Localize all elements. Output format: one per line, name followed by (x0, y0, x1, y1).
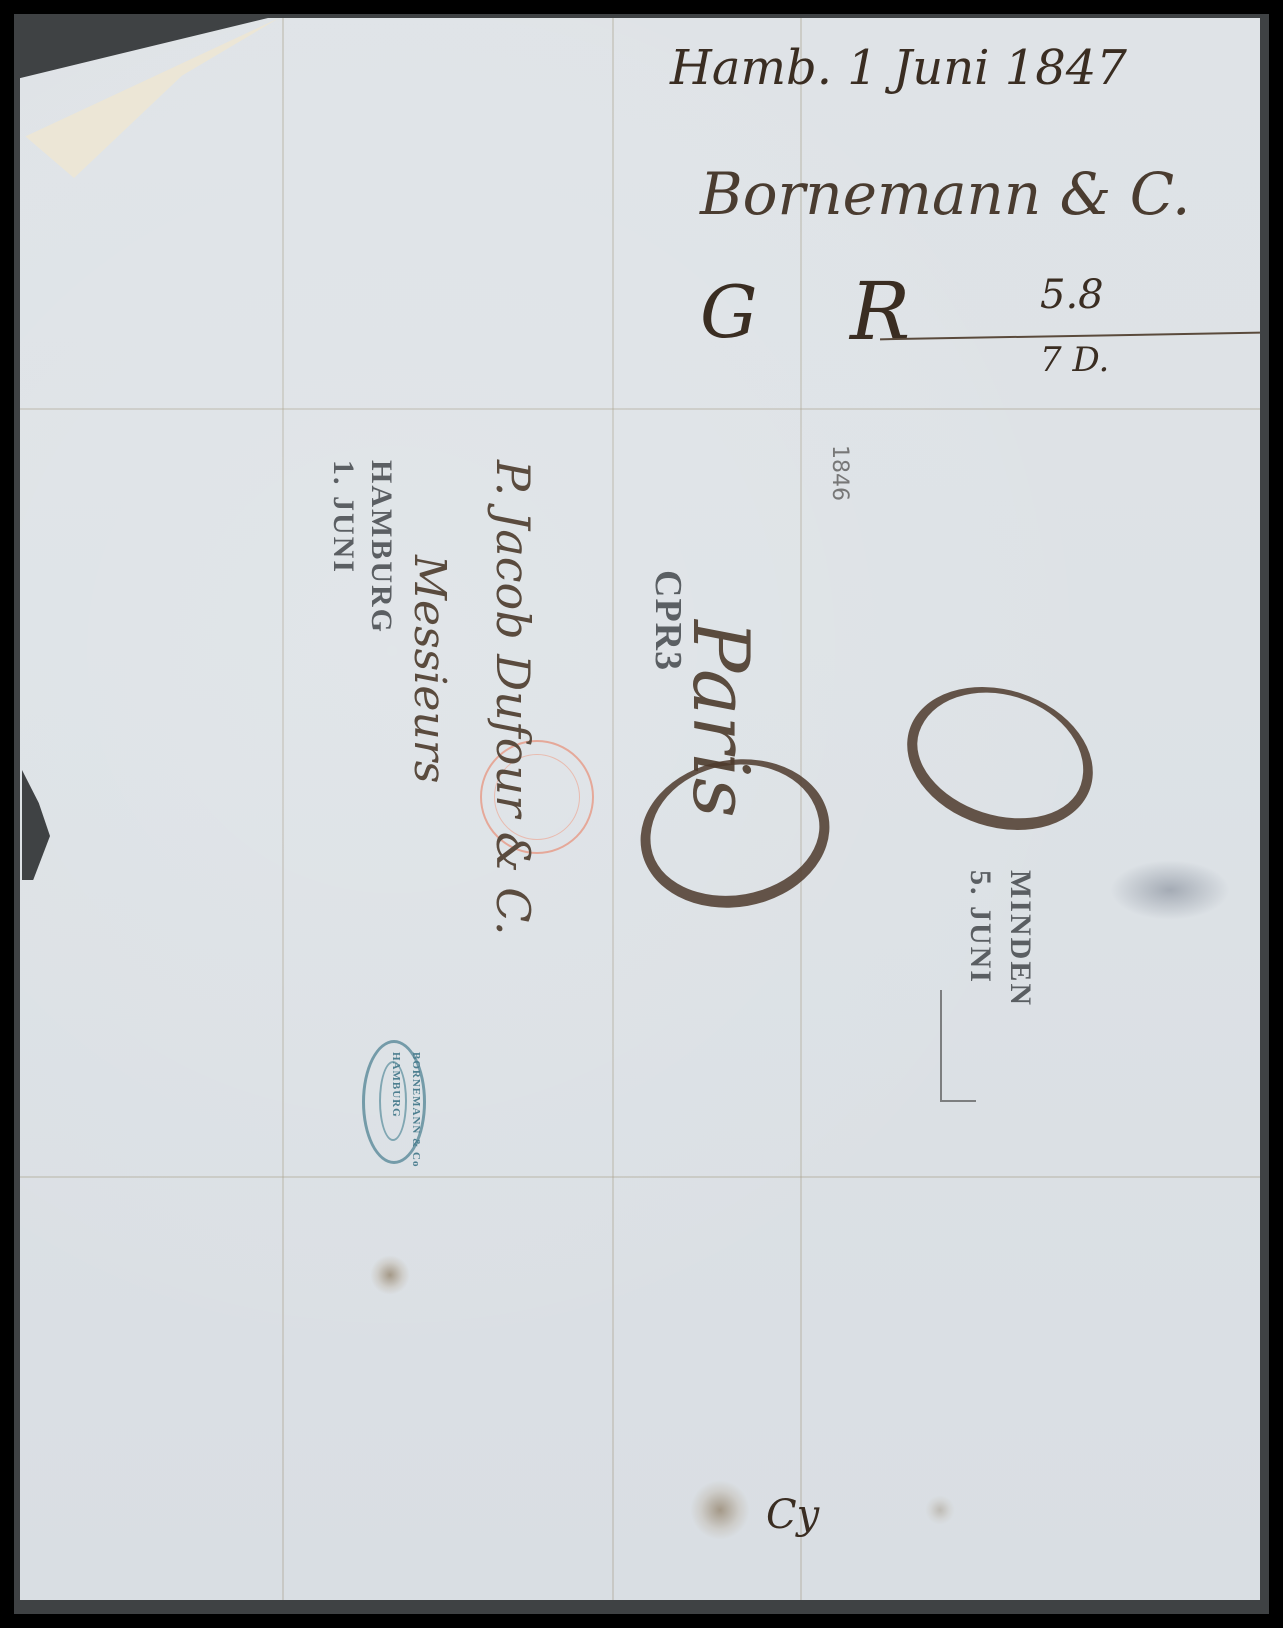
minden-postmark: MINDEN 5. JUNI (960, 870, 1040, 1007)
ink-smudge (1110, 860, 1230, 920)
docket-amount-sub: 7 D. (1040, 340, 1109, 380)
minden-frame-mark (940, 990, 976, 1102)
docket-amount-value: 5.8 (1040, 272, 1104, 318)
address-recipient: P. Jacob Dufour & C. (486, 460, 540, 935)
address-salutation: Messieurs (404, 555, 455, 783)
fold-line (282, 18, 284, 1600)
fold-line (612, 18, 614, 1600)
fold-line (20, 408, 1260, 410)
foxing-stain (370, 1255, 410, 1295)
hamburg-postmark-line1: HAMBURG (362, 460, 400, 634)
fold-line (20, 1176, 1260, 1178)
minden-postmark-line1: MINDEN (1000, 870, 1040, 1007)
docket-amount-prefix: G (700, 270, 758, 354)
docket-amount-r: R (850, 265, 910, 358)
foxing-stain (690, 1480, 750, 1540)
hamburg-postmark: HAMBURG 1. JUNI (324, 460, 400, 634)
docket-date: Hamb. 1 Juni 1847 (670, 40, 1127, 96)
company-cachet-line1: BORNEMANN & Co (410, 1052, 422, 1167)
bottom-manuscript-mark: Cy (766, 1492, 819, 1538)
company-cachet-line2: HAMBURG (390, 1052, 402, 1118)
docket-sender: Bornemann & C. (700, 160, 1190, 228)
hamburg-postmark-line2: 1. JUNI (324, 460, 362, 634)
foxing-stain (925, 1495, 955, 1525)
pencil-year-note: 1846 (827, 445, 852, 501)
minden-postmark-line2: 5. JUNI (960, 870, 1000, 1007)
